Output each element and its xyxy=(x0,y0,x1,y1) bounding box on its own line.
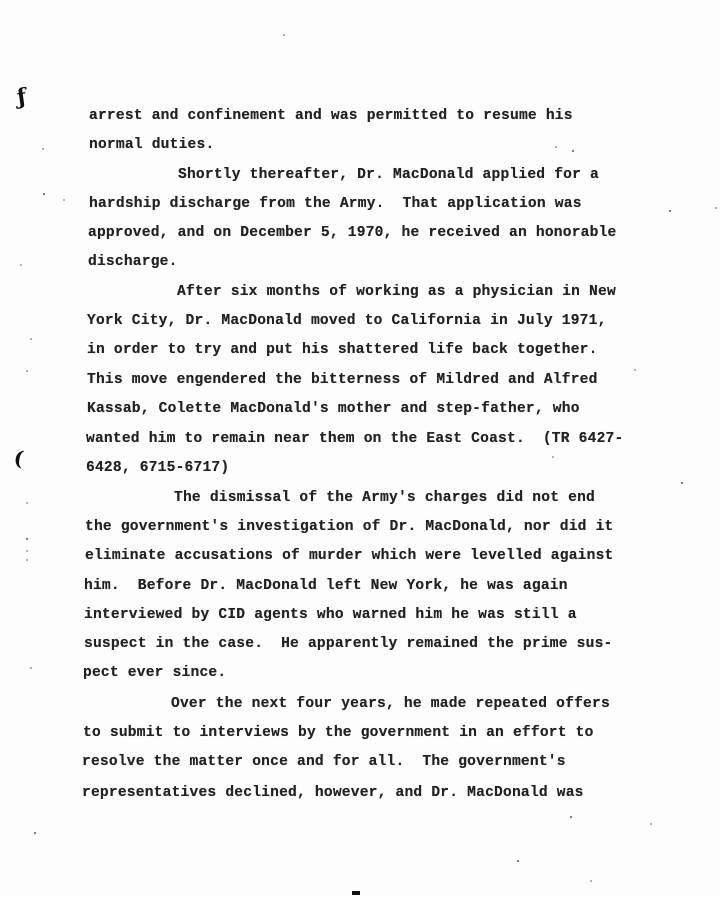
text-line: eliminate accusations of murder which we… xyxy=(85,547,614,565)
text-line: in order to try and put his shattered li… xyxy=(87,341,598,359)
text-line: normal duties. xyxy=(89,136,214,154)
scan-speck xyxy=(590,880,592,882)
text-line: wanted him to remain near them on the Ea… xyxy=(86,430,623,448)
scan-speck xyxy=(42,148,44,150)
text-line: 6428, 6715-6717) xyxy=(86,459,229,477)
scan-speck xyxy=(669,210,671,212)
margin-handwritten-mark-top: ƒ xyxy=(15,83,28,110)
text-line: to submit to interviews by the governmen… xyxy=(83,724,594,742)
margin-handwritten-mark-middle: ( xyxy=(12,445,25,470)
text-line: York City, Dr. MacDonald moved to Califo… xyxy=(87,312,607,330)
text-line: resolve the matter once and for all. The… xyxy=(82,753,566,771)
scan-speck xyxy=(26,538,28,540)
scan-speck xyxy=(681,482,683,484)
scan-speck xyxy=(517,860,519,862)
scan-speck xyxy=(20,264,22,266)
text-line: discharge. xyxy=(88,253,178,271)
text-line: arrest and confinement and was permitted… xyxy=(89,107,573,125)
text-line: The dismissal of the Army's charges did … xyxy=(174,489,595,507)
scan-artifact-mark xyxy=(352,891,360,895)
scan-speck xyxy=(26,370,28,372)
text-line: approved, and on December 5, 1970, he re… xyxy=(88,224,617,242)
scan-speck xyxy=(43,193,45,195)
text-line: Kassab, Colette MacDonald's mother and s… xyxy=(87,400,580,418)
scan-speck xyxy=(650,823,652,825)
scan-speck xyxy=(26,559,28,561)
text-line: suspect in the case. He apparently remai… xyxy=(84,635,613,653)
scan-speck xyxy=(555,146,557,148)
scan-speck xyxy=(34,832,36,834)
text-line: representatives declined, however, and D… xyxy=(82,784,584,802)
scan-speck xyxy=(570,816,572,818)
text-line: him. Before Dr. MacDonald left New York,… xyxy=(84,577,568,595)
scan-speck xyxy=(30,667,32,669)
scan-speck xyxy=(552,456,554,458)
text-line: This move engendered the bitterness of M… xyxy=(87,371,598,389)
scan-speck xyxy=(572,150,574,152)
text-line: After six months of working as a physici… xyxy=(177,283,616,301)
text-line: Shortly thereafter, Dr. MacDonald applie… xyxy=(178,166,599,184)
text-line: the government's investigation of Dr. Ma… xyxy=(85,518,614,536)
text-line: hardship discharge from the Army. That a… xyxy=(89,195,582,213)
scan-speck xyxy=(283,34,285,36)
scan-speck xyxy=(26,550,28,552)
scan-speck xyxy=(26,502,28,504)
scan-speck xyxy=(715,207,717,209)
document-page: ƒ ( arrest and confinement and was permi… xyxy=(0,0,720,897)
text-line: interviewed by CID agents who warned him… xyxy=(84,606,577,624)
scan-speck xyxy=(634,369,636,371)
scan-speck xyxy=(63,199,65,201)
text-line: pect ever since. xyxy=(83,664,226,682)
text-line: Over the next four years, he made repeat… xyxy=(171,695,610,713)
scan-speck xyxy=(30,338,32,340)
